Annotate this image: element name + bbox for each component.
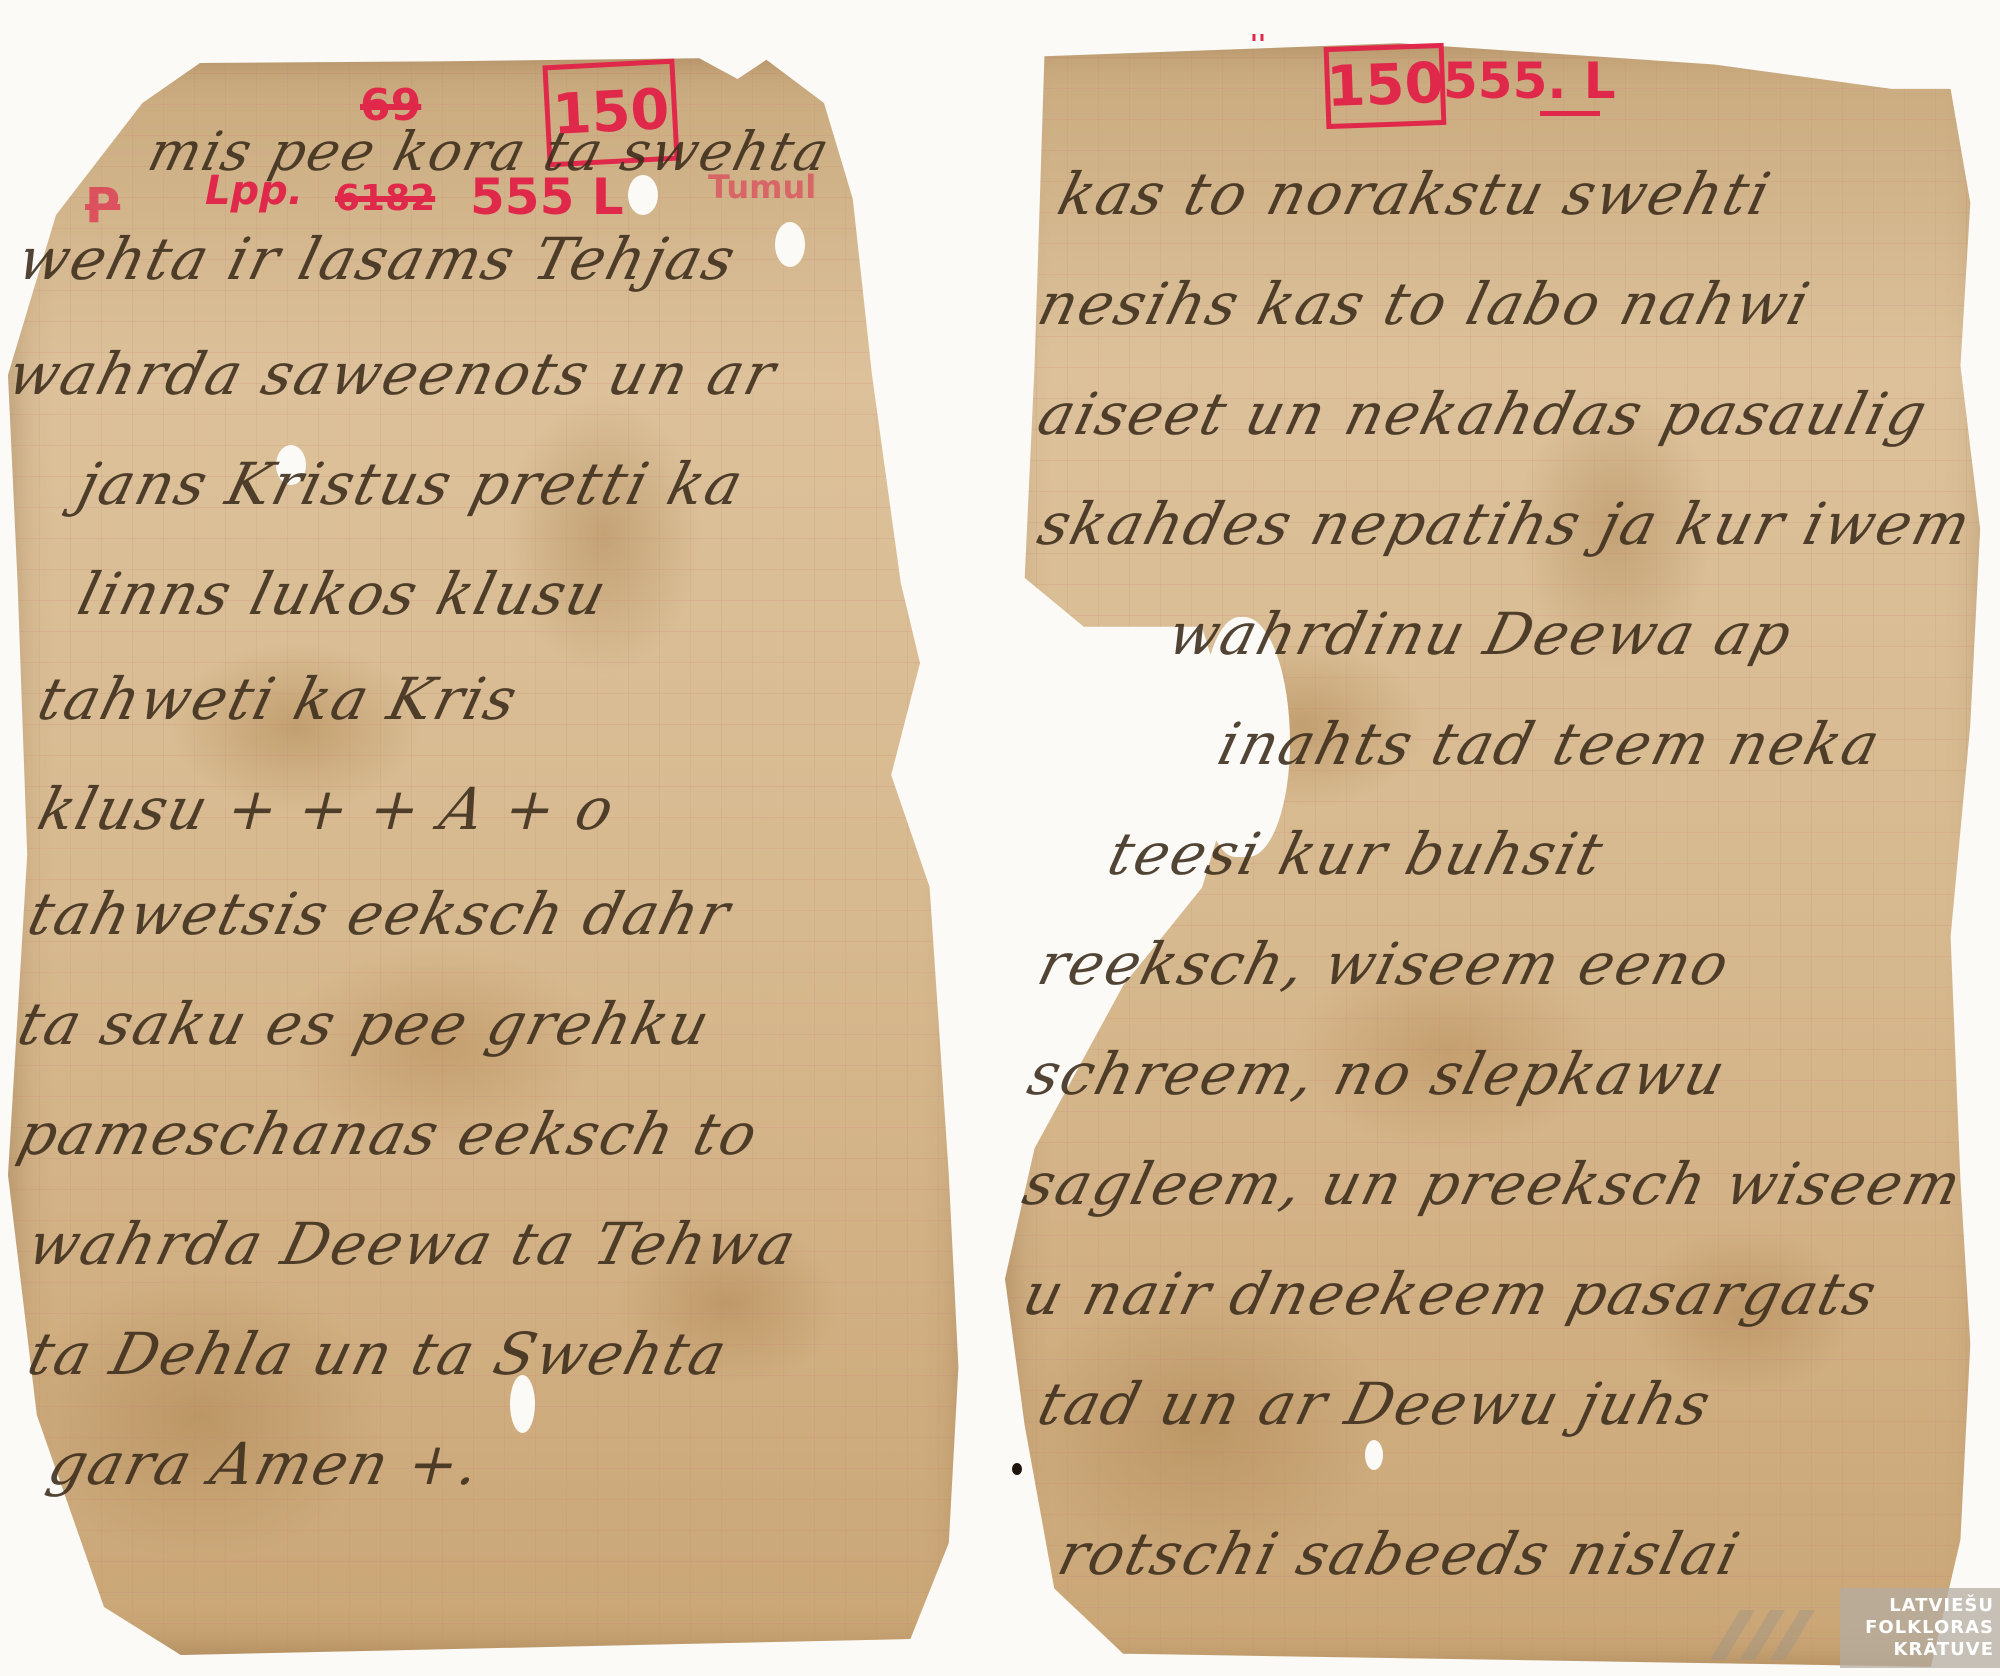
- manuscript-line: aiseet un nekahdas pasaulig: [1032, 380, 1936, 448]
- watermark-line: LATVIEŠU: [1889, 1595, 1994, 1617]
- manuscript-line: inahts tad teem neka: [1212, 710, 1889, 778]
- manuscript-line: linns lukos klusu: [72, 560, 615, 628]
- box-number-text: 150: [1326, 56, 1445, 116]
- manuscript-line: rotschi sabeeds nislai: [1052, 1520, 1748, 1588]
- manuscript-line: skahdes nepatihs ja kur iwem: [1032, 490, 1979, 558]
- red-tick-marks: '': [1250, 30, 1266, 60]
- archive-box-number: 150: [1324, 43, 1447, 129]
- watermark-line: FOLKLORAS: [1865, 1617, 1994, 1639]
- manuscript-line: tad un ar Deewu juhs: [1032, 1370, 1719, 1438]
- manuscript-line: kas to norakstu swehti: [1052, 160, 1779, 228]
- manuscript-line: ta Dehla un ta Swehta: [22, 1320, 735, 1388]
- manuscript-line: gara Amen +.: [42, 1430, 489, 1498]
- left-manuscript-page: [8, 55, 968, 1655]
- manuscript-line: reeksch, wiseem eeno: [1032, 930, 1738, 998]
- archive-watermark: LATVIEŠU FOLKLORAS KRĀTUVE: [1840, 1588, 2000, 1668]
- manuscript-line: schreem, no slepkawu: [1022, 1040, 1734, 1108]
- manuscript-line: jans Kristus pretti ka: [72, 450, 752, 518]
- manuscript-line: teesi kur buhsit: [1102, 820, 1612, 888]
- manuscript-line: ta saku es pee grehku: [12, 990, 718, 1058]
- paper-hole: [775, 222, 805, 267]
- manuscript-line: nesihs kas to labo nahwi: [1032, 270, 1818, 338]
- ruled-grid: [8, 55, 968, 1655]
- manuscript-line: klusu + + + A + o: [32, 775, 623, 843]
- manuscript-line: pameschanas eeksch to: [12, 1100, 766, 1168]
- ink-dot: [1012, 1463, 1022, 1475]
- manuscript-line: tahwetsis eeksch dahr: [22, 880, 739, 948]
- manuscript-line: u nair dneekeem pasargats: [1017, 1260, 1885, 1328]
- manuscript-line: wahrdinu Deewa ap: [1162, 600, 1801, 668]
- paper-hole: [1365, 1440, 1383, 1470]
- manuscript-line: wahrda saweenots un ar: [2, 340, 784, 408]
- manuscript-line: wahrda Deewa ta Tehwa: [22, 1210, 805, 1278]
- archive-logo-icon: [1700, 1600, 1840, 1670]
- watermark-line: KRĀTUVE: [1894, 1639, 1994, 1661]
- manuscript-line: sagleem, un preeksch wiseem: [1017, 1150, 1970, 1218]
- manuscript-line: tahweti ka Kris: [32, 665, 526, 733]
- struck-archive-ref: 6182: [335, 178, 435, 219]
- catalog-underline: [1540, 111, 1600, 116]
- archive-catalog-ref: 555. L: [1443, 52, 1616, 110]
- manuscript-line: mis pee kora ta swehta: [142, 120, 837, 183]
- manuscript-line: wehta ir lasams Tehjas: [12, 225, 744, 293]
